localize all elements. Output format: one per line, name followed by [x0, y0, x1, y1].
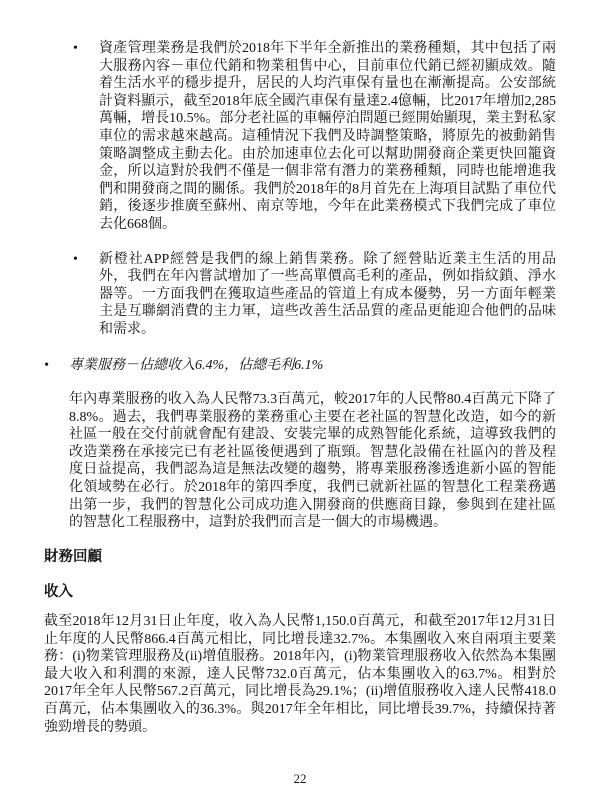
revenue-paragraph: 截至2018年12月31日止年度，收入為人民幣1,150.0百萬元，和截至201… — [44, 613, 556, 736]
professional-services-paragraph: 年內專業服務的收入為人民幣73.3百萬元，較2017年的人民幣80.4百萬元下降… — [69, 391, 556, 532]
page-number: 22 — [0, 770, 600, 788]
list-item: • 專業服務－佔總收入6.4%，佔總毛利6.1% — [44, 357, 556, 375]
asset-management-bullet-text: 資產管理業務是我們於2018年下半年全新推出的業務種類，其中包括了兩大服務內容－… — [99, 40, 556, 234]
document-page: • 資產管理業務是我們於2018年下半年全新推出的業務種類，其中包括了兩大服務內… — [0, 0, 600, 800]
revenue-heading: 收入 — [44, 584, 556, 602]
app-business-bullet-text: 新橙社APP經營是我們的線上銷售業務。除了經營貼近業主生活的用品外，我們在年內嘗… — [99, 251, 556, 339]
financial-review-heading: 財務回顧 — [44, 549, 556, 567]
bullet-icon: • — [73, 40, 99, 58]
list-item: • 新橙社APP經營是我們的線上銷售業務。除了經營貼近業主生活的用品外，我們在年… — [44, 251, 556, 339]
list-item: • 資產管理業務是我們於2018年下半年全新推出的業務種類，其中包括了兩大服務內… — [44, 40, 556, 234]
professional-services-heading: 專業服務－佔總收入6.4%，佔總毛利6.1% — [69, 357, 556, 375]
page-content: • 資產管理業務是我們於2018年下半年全新推出的業務種類，其中包括了兩大服務內… — [0, 0, 600, 736]
bullet-icon: • — [44, 357, 69, 375]
bullet-icon: • — [73, 251, 99, 269]
